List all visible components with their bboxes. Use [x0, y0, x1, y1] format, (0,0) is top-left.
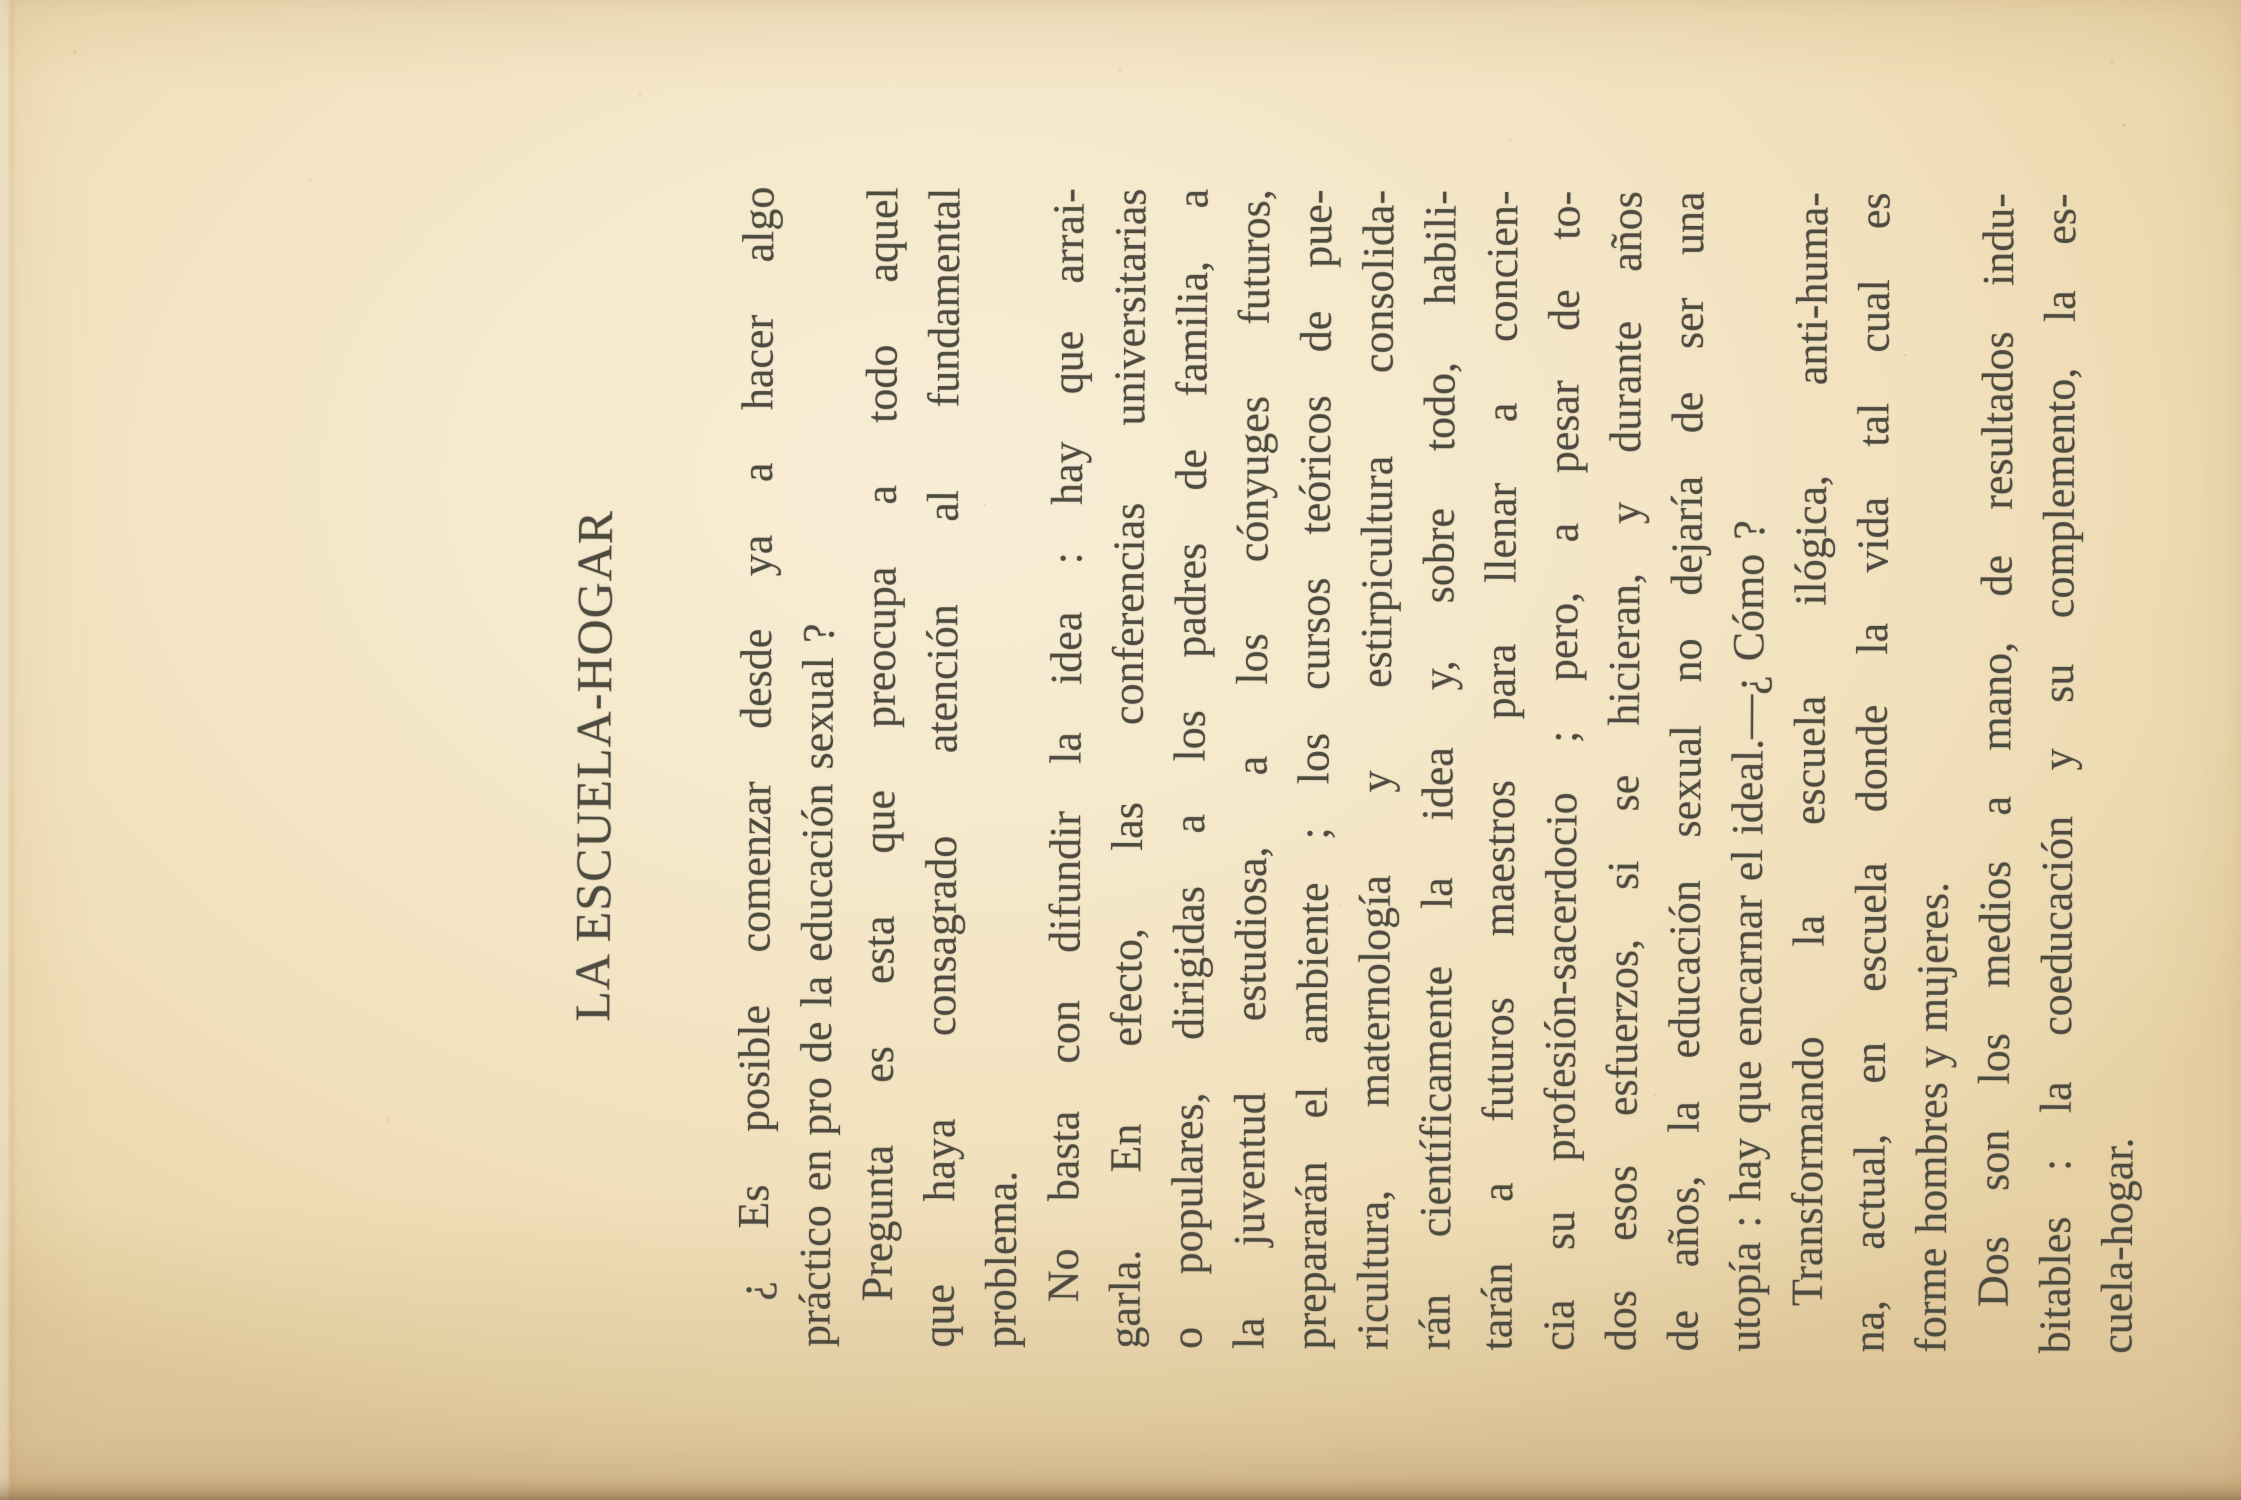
page-bottom-edge-shadow — [0, 1476, 2241, 1500]
scan-vignette — [0, 0, 2241, 1500]
scanned-book-page: LA ESCUELA-HOGAR ¿ Es posible comenzar d… — [0, 0, 2241, 1500]
